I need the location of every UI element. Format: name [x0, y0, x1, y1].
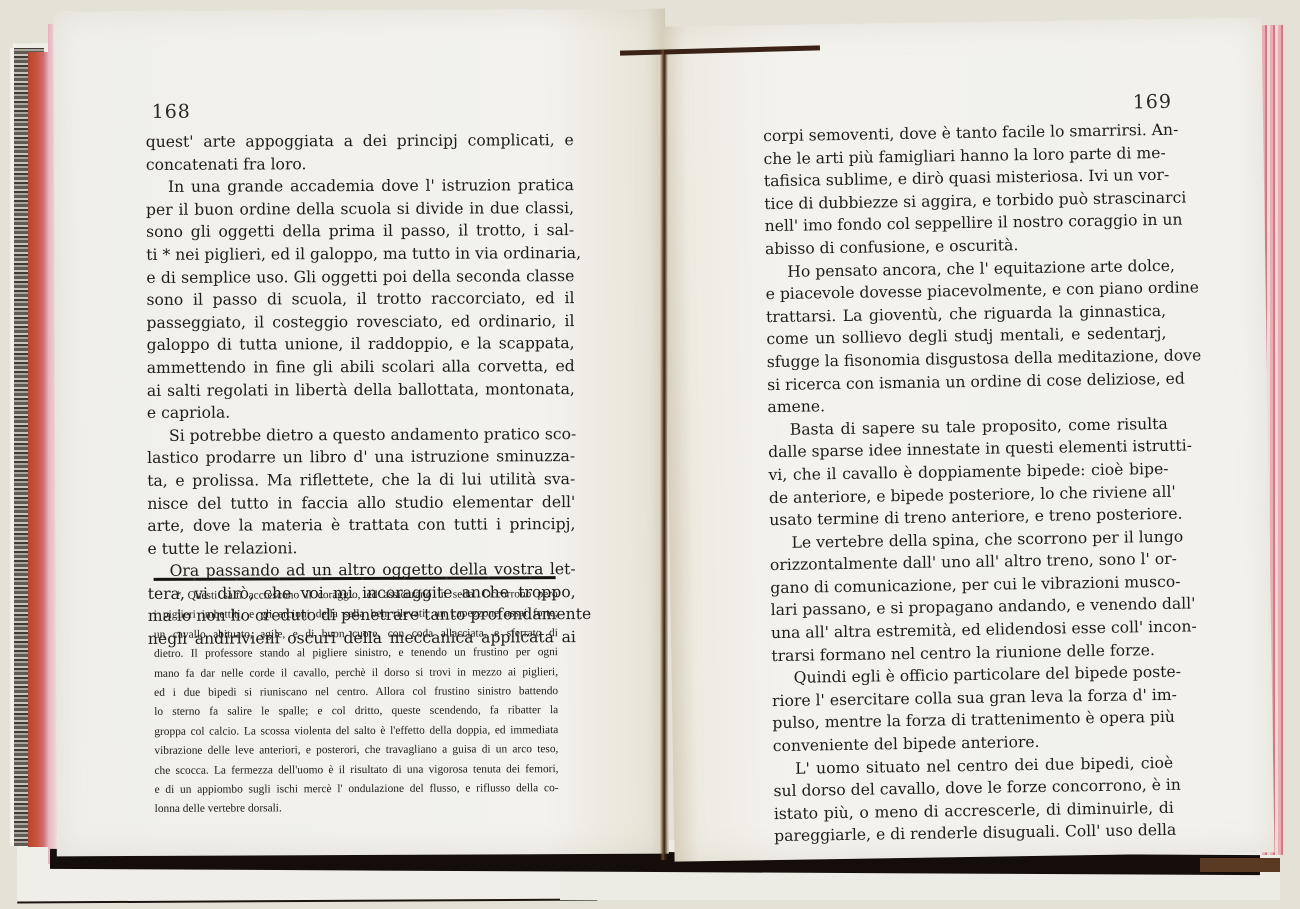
left-page: 168 quest' arte appoggiata a dei princip…: [53, 9, 669, 857]
footnote-line: che scocca. La fermezza dell'uomo è il r…: [154, 760, 558, 781]
text-line: sono gli oggetti della prima il passo, i…: [146, 219, 574, 243]
text-line: galoppo di tutta unione, il raddoppio, e…: [147, 332, 575, 356]
text-line: ai salti regolati in libertà della ballo…: [147, 378, 575, 402]
footnote-line: mano fa dar nelle corde il cavallo, perc…: [154, 663, 558, 684]
right-page-body: corpi semoventi, dove è tanto facile lo …: [763, 119, 1174, 848]
footnote-line: ed i due bipedi si riuniscano nel centro…: [154, 682, 558, 703]
text-line: ta, e prolissa. Ma riflettete, che la di…: [147, 468, 575, 492]
text-line: passeggiato, il costeggio rovesciato, ed…: [146, 310, 574, 334]
text-line: quest' arte appoggiata a dei principj co…: [146, 129, 574, 153]
red-page-edges-left: [28, 52, 50, 847]
footnote-line: un cavallo abituato, agile, e di buon cu…: [154, 624, 558, 645]
right-page: 169 corpi semoventi, dove è tanto facile…: [661, 17, 1274, 861]
text-line: sono il passo di scuola, il trotto racco…: [146, 287, 574, 311]
footnote-line: i piglieri imbettiti, e gli arcioni dell…: [154, 605, 558, 626]
text-line: concatenati fra loro.: [146, 152, 574, 176]
text-line: ti * nei piglieri, ed il galoppo, ma tut…: [146, 242, 574, 266]
footnote-line: e di un appiombo sugli ischi mercè l' on…: [155, 779, 559, 800]
text-line: per il buon ordine della scuola si divid…: [146, 197, 574, 221]
page-number-left: 168: [152, 101, 191, 123]
left-page-body: quest' arte appoggiata a dei principj co…: [146, 129, 576, 651]
text-line: lastico prodarre un libro d' una istruzi…: [147, 445, 575, 469]
footnote-line: lonna delle vertebre dorsali.: [155, 799, 559, 820]
text-line: ammettendo in fine gli abili scolari all…: [147, 355, 575, 379]
book-spine-gutter: [660, 50, 668, 860]
page-number-right: 169: [1133, 91, 1173, 114]
text-line: In una grande accademia dove l' istruzio…: [146, 174, 574, 198]
footnote-line: groppa col calcio. La scossa violenta de…: [154, 721, 558, 742]
text-line: e capriola.: [147, 400, 575, 424]
photo-scene: 168 quest' arte appoggiata a dei princip…: [0, 0, 1300, 909]
text-line: Si potrebbe dietro a questo andamento pr…: [147, 423, 575, 447]
text-line: nisce del tutto in faccia allo studio el…: [147, 491, 575, 515]
footnote: * Questi salti accrescono il coraggio, e…: [154, 585, 559, 820]
footnote-line: lo sterno fa salire le spalle; e col dri…: [154, 702, 558, 723]
footnote-line: * Questi salti accrescono il coraggio, e…: [154, 585, 558, 606]
text-line: e di semplice uso. Gli oggetti poi della…: [146, 265, 574, 289]
text-line: e tutte le relazioni.: [147, 536, 575, 560]
footnote-line: dietro. Il professore stando al pigliere…: [154, 643, 558, 664]
footnote-line: vibrazione delle leve anteriori, e poste…: [154, 740, 558, 761]
text-line: arte, dove la materia è trattata con tut…: [147, 513, 575, 537]
book-bottom-corner: [1200, 858, 1280, 872]
text-line: pareggiarle, e di renderle disuguali. Co…: [774, 819, 1174, 848]
